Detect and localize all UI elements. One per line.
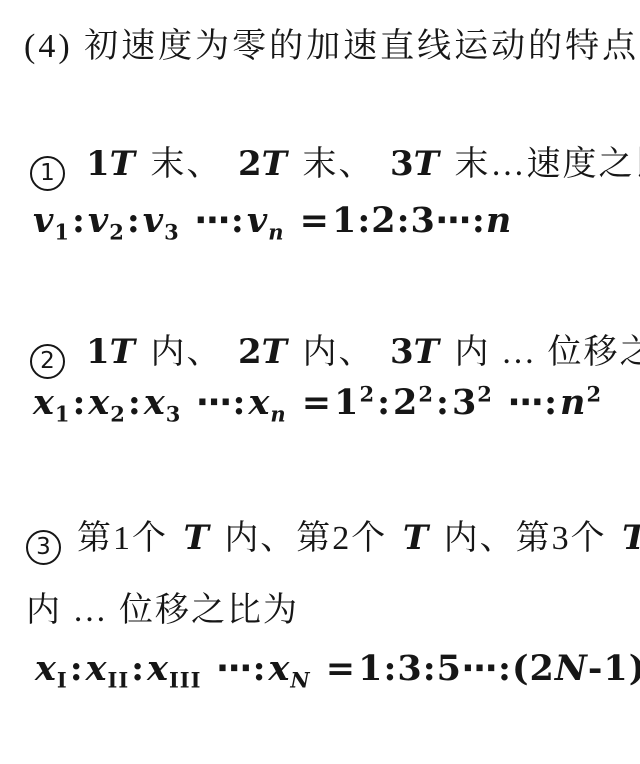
- point-3-heading-text-line-2: 内 … 位移之比为: [26, 592, 299, 629]
- point-3-heading-line-1: 3第1个 T 内、第2个 T 内、第3个 T: [26, 510, 640, 565]
- total-displacement-ratio-formula: x1:x2:x3 ⋯:xn =12:22:32 ⋯:n2: [32, 382, 603, 423]
- point-1-heading-text: 1T 末、 2T 末、 3T 末…速度之比为: [81, 146, 640, 183]
- point-2-heading: 21T 内、 2T 内、 3T 内 … 位移之比为: [30, 324, 640, 379]
- section-title: (4) 初速度为零的加速直线运动的特点: [24, 18, 639, 67]
- velocity-ratio-formula: v1:v2:v3 ⋯:vn =1:2:3⋯:n: [32, 200, 513, 241]
- point-2-heading-text: 1T 内、 2T 内、 3T 内 … 位移之比为: [81, 334, 640, 371]
- point-3-heading-text-line-1: 第1个 T 内、第2个 T 内、第3个 T: [77, 520, 640, 557]
- document-page: (4) 初速度为零的加速直线运动的特点 11T 末、 2T 末、 3T 末…速度…: [0, 0, 640, 764]
- point-3-heading-line-2: 内 … 位移之比为: [26, 582, 299, 631]
- interval-displacement-ratio-formula: xI:xII:xIII ⋯:xN =1:3:5⋯:(2N-1): [34, 648, 640, 689]
- point-1-bullet-icon: 1: [30, 156, 65, 191]
- point-3-bullet-icon: 3: [26, 530, 61, 565]
- point-2-bullet-icon: 2: [30, 344, 65, 379]
- point-1-heading: 11T 末、 2T 末、 3T 末…速度之比为: [30, 136, 640, 191]
